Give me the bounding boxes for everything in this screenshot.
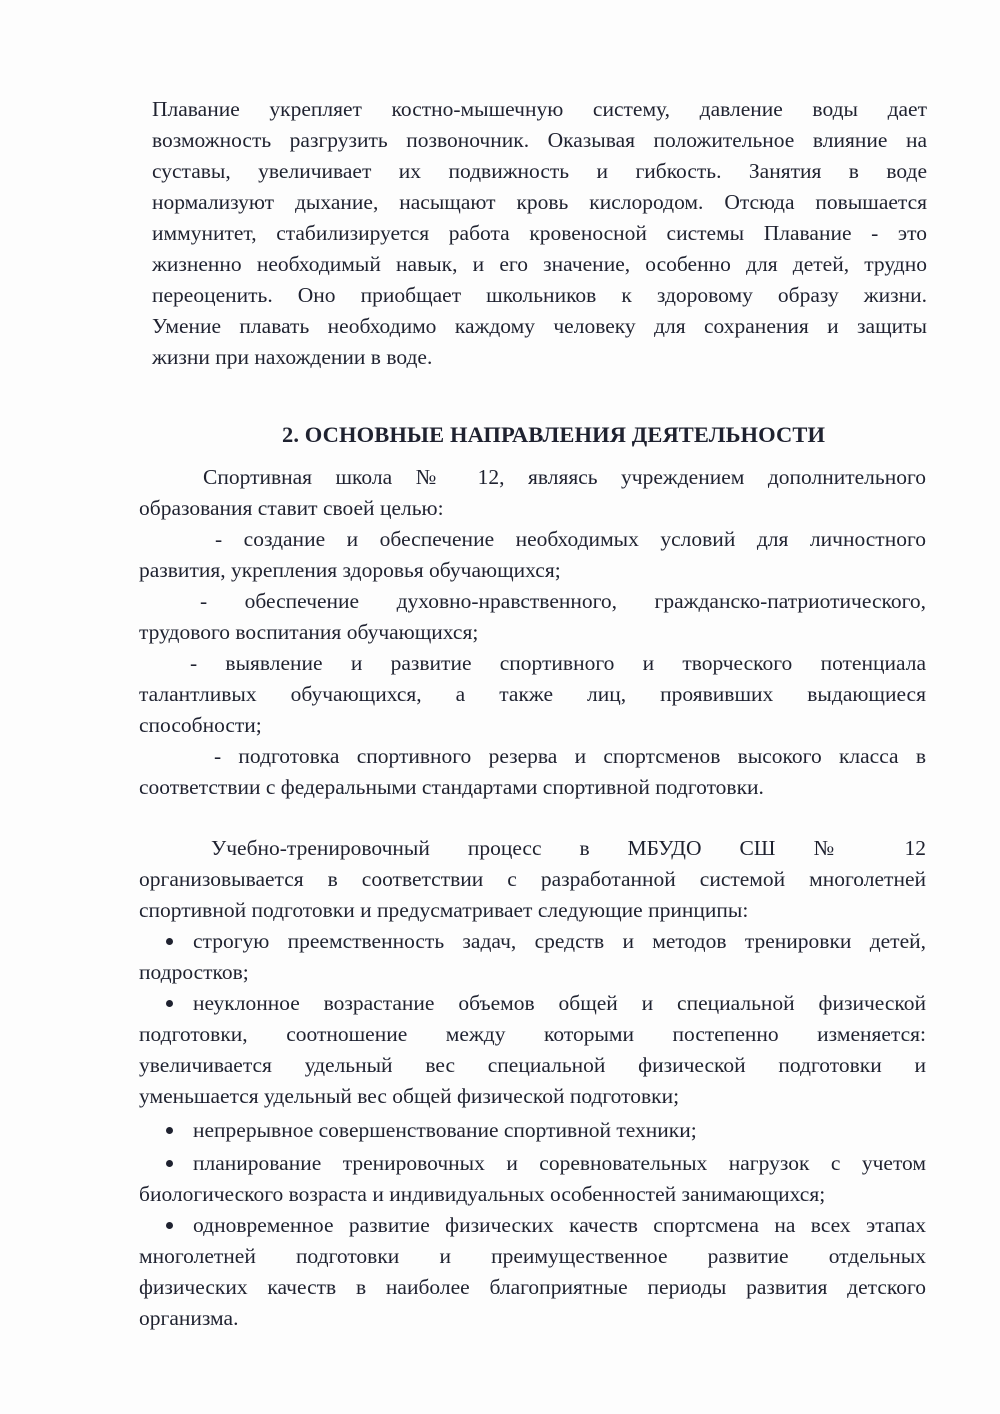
text-line: Умение плавать необходимо каждому челове…	[152, 311, 927, 342]
text-line: талантливых обучающихся, а также лиц, пр…	[139, 679, 926, 710]
text-line: жизни при нахождении в воде.	[152, 342, 927, 373]
text-line: суставы, увеличивает их подвижность и ги…	[152, 156, 927, 187]
text-line: трудового воспитания обучающихся;	[139, 617, 926, 648]
text-line: - создание и обеспечение необходимых усл…	[215, 524, 926, 555]
bullet-icon	[166, 1222, 173, 1229]
text-line: организма.	[139, 1303, 926, 1334]
text-line: нормализуют дыхание, насыщают кровь кисл…	[152, 187, 927, 218]
text-line: способности;	[139, 710, 926, 741]
bullet-line: неуклонное возрастание объемов общей и с…	[166, 988, 926, 1019]
text-line: развития, укрепления здоровья обучающихс…	[139, 555, 926, 586]
text-line: уменьшается удельный вес общей физическо…	[139, 1081, 926, 1112]
text-line: спортивной подготовки и предусматривает …	[139, 895, 926, 926]
text-line: Учебно-тренировочный процесс в МБУДО СШ …	[211, 833, 926, 864]
text-line: возможность разгрузить позвоночник. Оказ…	[152, 125, 927, 156]
text-line: - обеспечение духовно-нравственного, гра…	[200, 586, 926, 617]
text-line: - подготовка спортивного резерва и спорт…	[214, 741, 926, 772]
text-line: Плавание укрепляет костно-мышечную систе…	[152, 94, 927, 125]
text-line: увеличивается удельный вес специальной ф…	[139, 1050, 926, 1081]
text-line: - выявление и развитие спортивного и тво…	[190, 648, 926, 679]
text-line: соответствии с федеральными стандартами …	[139, 772, 926, 803]
bullet-icon	[166, 938, 173, 945]
bullet-line: планирование тренировочных и соревновате…	[166, 1148, 926, 1179]
text-line: физических качеств в наиболее благоприят…	[139, 1272, 926, 1303]
bullet-icon	[166, 1160, 173, 1167]
text-line: образования ставит своей целью:	[139, 493, 926, 524]
text-line: иммунитет, стабилизируется работа кровен…	[152, 218, 927, 249]
text-line: одновременное развитие физических качест…	[193, 1213, 926, 1237]
text-line: организовывается в соответствии с разраб…	[139, 864, 926, 895]
bullet-line: непрерывное совершенствование спортивной…	[166, 1115, 926, 1146]
text-line: неуклонное возрастание объемов общей и с…	[193, 991, 926, 1015]
bullet-line: строгую преемственность задач, средств и…	[166, 926, 926, 957]
text-line: Спортивная школа № 12, являясь учреждени…	[203, 462, 926, 493]
text-line: подготовки, соотношение между которыми п…	[139, 1019, 926, 1050]
section-heading: 2. ОСНОВНЫЕ НАПРАВЛЕНИЯ ДЕЯТЕЛЬНОСТИ	[282, 419, 825, 451]
text-line: биологического возраста и индивидуальных…	[139, 1179, 926, 1210]
text-line: планирование тренировочных и соревновате…	[193, 1151, 926, 1175]
bullet-icon	[166, 1000, 173, 1007]
bullet-icon	[166, 1127, 173, 1134]
text-line: многолетней подготовки и преимущественно…	[139, 1241, 926, 1272]
bullet-line: одновременное развитие физических качест…	[166, 1210, 926, 1241]
text-line: подростков;	[139, 957, 926, 988]
text-line: переоценить. Оно приобщает школьников к …	[152, 280, 927, 311]
text-line: строгую преемственность задач, средств и…	[193, 929, 926, 953]
text-line: непрерывное совершенствование спортивной…	[193, 1118, 697, 1142]
text-line: жизненно необходимый навык, и его значен…	[152, 249, 927, 280]
